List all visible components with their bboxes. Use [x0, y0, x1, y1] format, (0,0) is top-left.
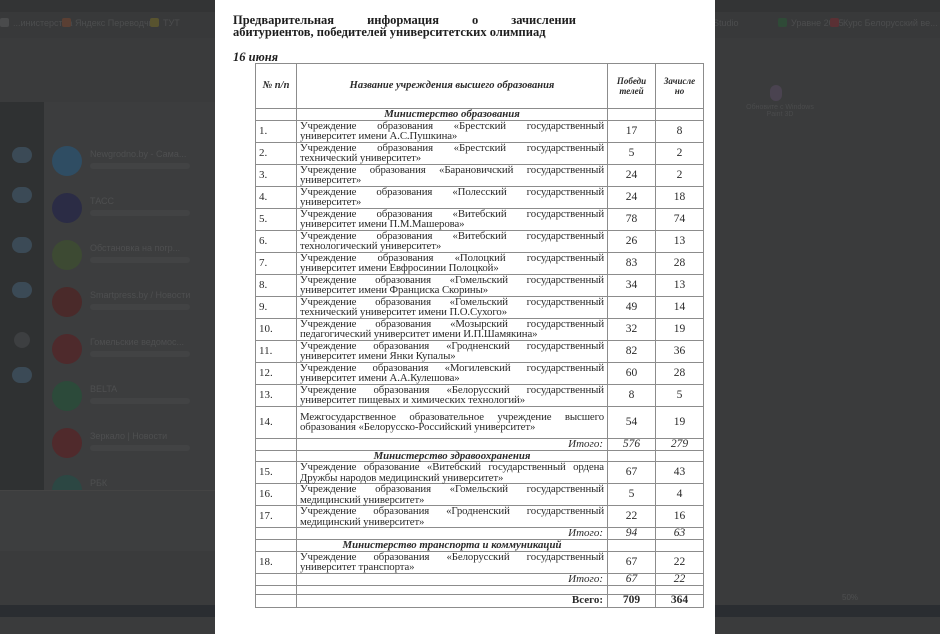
row-number: 2.: [256, 142, 297, 164]
col-header-winners: Победи телей: [608, 64, 656, 109]
col-header-name: Название учреждения высшего образования: [297, 64, 608, 109]
table-row: 14.Межгосударственное образовательное уч…: [256, 406, 704, 438]
empty-cell: [608, 109, 656, 121]
institution-name: Межгосударственное образовательное учреж…: [297, 406, 608, 438]
enrolled-count: 13: [656, 274, 704, 296]
table-row: 2.Учреждение образования «Брестский госу…: [256, 142, 704, 164]
spreadsheet-icon: [778, 18, 787, 27]
winners-count: 17: [608, 120, 656, 142]
chat-name: BELTA: [90, 384, 208, 394]
institution-name: Учреждение образования «Барановичский го…: [297, 164, 608, 186]
institution-name: Учреждение образование «Витебский госуда…: [297, 462, 608, 484]
winners-count: 22: [608, 506, 656, 528]
grand-total-row: Всего:709364: [256, 594, 704, 607]
institution-name: Учреждение образования «Белорусский госу…: [297, 384, 608, 406]
empty-cell: [656, 540, 704, 552]
enrolled-count: 18: [656, 186, 704, 208]
bookmark-label: Studio: [713, 18, 739, 28]
table-row: 1.Учреждение образования «Брестский госу…: [256, 120, 704, 142]
subtotal-winners: 67: [608, 573, 656, 585]
winners-count: 5: [608, 484, 656, 506]
grand-total-enrolled: 364: [656, 594, 704, 607]
background-document-preview: [0, 490, 215, 551]
subtotal-label: Итого:: [297, 573, 608, 585]
chat-preview: [90, 445, 190, 451]
enrolled-count: 2: [656, 164, 704, 186]
section-title: Министерство здравоохранения: [297, 450, 608, 462]
avatar: [52, 381, 82, 411]
avatar: [52, 287, 82, 317]
winners-count: 32: [608, 318, 656, 340]
empty-cell: [608, 585, 656, 594]
empty-cell: [608, 540, 656, 552]
grand-total-winners: 709: [608, 594, 656, 607]
enrolled-count: 13: [656, 230, 704, 252]
chat-list-item[interactable]: Зеркало | Новости: [52, 428, 212, 468]
institution-name: Учреждение образования «Брестский госуда…: [297, 142, 608, 164]
table-row: 4.Учреждение образования «Полесский госу…: [256, 186, 704, 208]
enrolled-count: 19: [656, 406, 704, 438]
table-row: 3.Учреждение образования «Барановичский …: [256, 164, 704, 186]
row-number: 18.: [256, 551, 297, 573]
row-number: 16.: [256, 484, 297, 506]
enrolled-count: 14: [656, 296, 704, 318]
chat-name: Smartpress.by / Новости: [90, 290, 208, 300]
row-number: 1.: [256, 120, 297, 142]
olympiad-table: № п/п Название учреждения высшего образо…: [255, 63, 704, 608]
profile-icon: [14, 332, 30, 348]
enrolled-count: 28: [656, 362, 704, 384]
chat-preview: [90, 210, 190, 216]
row-number: 11.: [256, 340, 297, 362]
bookmark-item[interactable]: Яндекс Переводчик: [62, 18, 158, 28]
section-header-row: Министерство здравоохранения: [256, 450, 704, 462]
col-header-num: № п/п: [256, 64, 297, 109]
document-title: Предварительнаяинформацияозачислении аби…: [233, 14, 576, 38]
winners-count: 8: [608, 384, 656, 406]
chat-name: Обстановка на погр...: [90, 243, 208, 253]
winners-count: 24: [608, 164, 656, 186]
winners-count: 67: [608, 551, 656, 573]
chat-preview: [90, 257, 190, 263]
empty-cell: [256, 109, 297, 121]
enrolled-count: 4: [656, 484, 704, 506]
institution-name: Учреждение образования «Витебский госуда…: [297, 208, 608, 230]
bookmark-label: Яндекс Переводчик: [75, 18, 158, 28]
subtotal-enrolled: 22: [656, 573, 704, 585]
paint3d-label: Обновите с Windows Paint 3D: [740, 104, 820, 118]
empty-cell: [256, 528, 297, 540]
winners-count: 82: [608, 340, 656, 362]
section-title: Министерство образования: [297, 109, 608, 121]
table-row: 8.Учреждение образования «Гомельский гос…: [256, 274, 704, 296]
section-header-row: Министерство транспорта и коммуникаций: [256, 540, 704, 552]
winners-count: 26: [608, 230, 656, 252]
chat-name: РБК: [90, 478, 208, 488]
row-number: 5.: [256, 208, 297, 230]
folder-icon: [12, 367, 32, 383]
enrolled-count: 28: [656, 252, 704, 274]
row-number: 7.: [256, 252, 297, 274]
chat-name: Зеркало | Новости: [90, 431, 208, 441]
paint3d-icon: [770, 85, 782, 101]
institution-name: Учреждение образования «Гомельский госуд…: [297, 296, 608, 318]
table-row: 13.Учреждение образования «Белорусский г…: [256, 384, 704, 406]
empty-cell: [608, 450, 656, 462]
bookmark-icon: [0, 18, 9, 27]
bookmark-icon: [150, 18, 159, 27]
enrolled-count: 19: [656, 318, 704, 340]
row-number: 6.: [256, 230, 297, 252]
winners-count: 67: [608, 462, 656, 484]
row-number: 12.: [256, 362, 297, 384]
avatar: [52, 240, 82, 270]
grand-total-label: Всего:: [297, 594, 608, 607]
blank-row: [256, 585, 704, 594]
winners-count: 83: [608, 252, 656, 274]
chat-list-item[interactable]: Гомельские ведомос...: [52, 334, 212, 374]
table-row: 7.Учреждение образования «Полоцкий госуд…: [256, 252, 704, 274]
institution-name: Учреждение образования «Витебский госуда…: [297, 230, 608, 252]
institution-name: Учреждение образования «Гомельский госуд…: [297, 274, 608, 296]
empty-cell: [256, 540, 297, 552]
table-row: 15.Учреждение образование «Витебский гос…: [256, 462, 704, 484]
enrolled-count: 8: [656, 120, 704, 142]
winners-count: 5: [608, 142, 656, 164]
empty-cell: [256, 450, 297, 462]
chart-icon: [830, 18, 839, 27]
institution-name: Учреждение образования «Мозырский госуда…: [297, 318, 608, 340]
chat-list-item[interactable]: ТАСС: [52, 193, 212, 233]
document-image: Предварительнаяинформацияозачислении аби…: [215, 0, 715, 634]
row-number: 10.: [256, 318, 297, 340]
row-number: 14.: [256, 406, 297, 438]
row-number: 13.: [256, 384, 297, 406]
avatar: [52, 146, 82, 176]
empty-cell: [297, 585, 608, 594]
empty-cell: [256, 573, 297, 585]
winners-count: 34: [608, 274, 656, 296]
empty-cell: [256, 585, 297, 594]
enrolled-count: 74: [656, 208, 704, 230]
subtotal-label: Итого:: [297, 438, 608, 450]
row-number: 8.: [256, 274, 297, 296]
subtotal-row: Итого:576279: [256, 438, 704, 450]
empty-cell: [256, 438, 297, 450]
chat-preview: [90, 398, 190, 404]
chat-list-item[interactable]: Smartpress.by / Новости: [52, 287, 212, 327]
table-row: 5.Учреждение образования «Витебский госу…: [256, 208, 704, 230]
chat-name: ТАСС: [90, 196, 208, 206]
empty-cell: [656, 450, 704, 462]
bookmark-item[interactable]: ТУТ: [150, 18, 180, 28]
table-row: 10.Учреждение образования «Мозырский гос…: [256, 318, 704, 340]
empty-cell: [656, 109, 704, 121]
table-row: 17.Учреждение образования «Гродненский г…: [256, 506, 704, 528]
empty-cell: [656, 585, 704, 594]
avatar: [52, 193, 82, 223]
enrolled-count: 2: [656, 142, 704, 164]
row-number: 15.: [256, 462, 297, 484]
zoom-readout: 50%: [842, 593, 858, 602]
empty-cell: [256, 594, 297, 607]
table-row: 12.Учреждение образования «Могилевский г…: [256, 362, 704, 384]
col-header-enrolled: Зачисле но: [656, 64, 704, 109]
winners-count: 78: [608, 208, 656, 230]
enrolled-count: 43: [656, 462, 704, 484]
section-header-row: Министерство образования: [256, 109, 704, 121]
enrolled-count: 36: [656, 340, 704, 362]
folder-icon: [12, 237, 32, 253]
row-number: 17.: [256, 506, 297, 528]
avatar: [52, 334, 82, 364]
institution-name: Учреждение образования «Гомельский госуд…: [297, 484, 608, 506]
winners-count: 54: [608, 406, 656, 438]
bookmark-label: Курс Белорусский ве...: [843, 18, 938, 28]
chat-list-item[interactable]: Newgrodno.by - Сама...: [52, 146, 212, 186]
institution-name: Учреждение образования «Гродненский госу…: [297, 340, 608, 362]
bookmark-label: ТУТ: [163, 18, 180, 28]
folder-icon: [12, 147, 32, 163]
chat-preview: [90, 351, 190, 357]
institution-name: Учреждение образования «Белорусский госу…: [297, 551, 608, 573]
subtotal-enrolled: 63: [656, 528, 704, 540]
row-number: 3.: [256, 164, 297, 186]
table-row: 6.Учреждение образования «Витебский госу…: [256, 230, 704, 252]
subtotal-row: Итого:6722: [256, 573, 704, 585]
row-number: 9.: [256, 296, 297, 318]
winners-count: 49: [608, 296, 656, 318]
chat-name: Гомельские ведомос...: [90, 337, 208, 347]
table-row: 9.Учреждение образования «Гомельский гос…: [256, 296, 704, 318]
bookmark-item[interactable]: Курс Белорусский ве...: [830, 18, 938, 28]
subtotal-winners: 576: [608, 438, 656, 450]
chat-preview: [90, 163, 190, 169]
chat-preview: [90, 304, 190, 310]
institution-name: Учреждение образования «Полоцкий государ…: [297, 252, 608, 274]
winners-count: 60: [608, 362, 656, 384]
row-number: 4.: [256, 186, 297, 208]
translate-icon: [62, 18, 71, 27]
subtotal-winners: 94: [608, 528, 656, 540]
folder-rail: [0, 102, 44, 492]
enrolled-count: 5: [656, 384, 704, 406]
subtotal-enrolled: 279: [656, 438, 704, 450]
winners-count: 24: [608, 186, 656, 208]
chat-name: Newgrodno.by - Сама...: [90, 149, 208, 159]
institution-name: Учреждение образования «Полесский госуда…: [297, 186, 608, 208]
enrolled-count: 22: [656, 551, 704, 573]
enrolled-count: 16: [656, 506, 704, 528]
institution-name: Учреждение образования «Могилевский госу…: [297, 362, 608, 384]
institution-name: Учреждение образования «Гродненский госу…: [297, 506, 608, 528]
table-row: 11.Учреждение образования «Гродненский г…: [256, 340, 704, 362]
chat-list-item[interactable]: Обстановка на погр...: [52, 240, 212, 280]
table-header: № п/п Название учреждения высшего образо…: [256, 64, 704, 109]
section-title: Министерство транспорта и коммуникаций: [297, 540, 608, 552]
title-line-2: абитуриентов, победителей университетски…: [233, 26, 576, 38]
chat-list-item[interactable]: BELTA: [52, 381, 212, 421]
subtotal-row: Итого:9463: [256, 528, 704, 540]
table-row: 18.Учреждение образования «Белорусский г…: [256, 551, 704, 573]
table-row: 16.Учреждение образования «Гомельский го…: [256, 484, 704, 506]
avatar: [52, 428, 82, 458]
folder-icon: [12, 187, 32, 203]
subtotal-label: Итого:: [297, 528, 608, 540]
institution-name: Учреждение образования «Брестский госуда…: [297, 120, 608, 142]
folder-icon: [12, 282, 32, 298]
